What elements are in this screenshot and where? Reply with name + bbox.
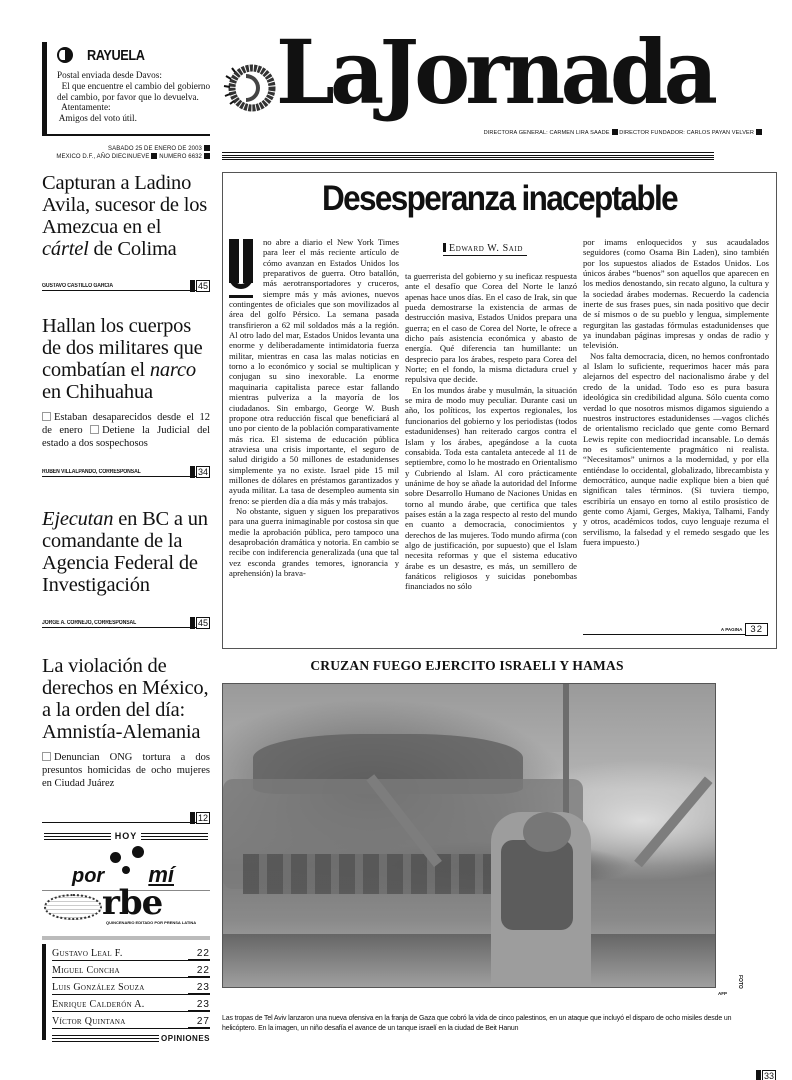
columnist-page: 22 — [188, 948, 210, 961]
masthead-rule — [222, 152, 714, 160]
byline-row: RUBEN VILLALPANDO, CORRESPONSAL 34 — [42, 465, 210, 477]
opinion-item[interactable]: Luis González Souza23 — [52, 978, 210, 995]
headline: Ejecutan en BC a un comandante de la Age… — [42, 508, 210, 596]
byline: GUSTAVO CASTILLO GARCIA — [42, 283, 113, 289]
opinion-item[interactable]: Enrique Calderón A.23 — [52, 995, 210, 1012]
story-amnistia[interactable]: La violación de derechos en México, a la… — [42, 655, 210, 790]
columnist-name: Miguel Concha — [52, 965, 120, 976]
columnist-page: 23 — [188, 999, 210, 1012]
columnist-page: 23 — [188, 982, 210, 995]
box-bullet-icon — [90, 425, 99, 434]
article-author: Edward W. Said — [443, 243, 527, 256]
hoy-por-mi-orbe-promo[interactable]: HOY por mí rbe QUINCENARIO EDITADO POR P… — [42, 828, 210, 928]
rayuela-line: Amigos del voto útil. — [57, 113, 210, 124]
columnist-name: Víctor Quintana — [52, 1016, 126, 1027]
sun-logo-icon — [222, 60, 278, 116]
article-column-1: no abre a diario el New York Times para … — [229, 237, 399, 578]
pole-shape — [563, 684, 569, 824]
director-general: DIRECTORA GENERAL: CARMEN LIRA SAADE — [484, 130, 610, 136]
page-reference[interactable]: 12 — [190, 812, 210, 824]
headline: La violación de derechos en México, a la… — [42, 655, 210, 743]
page-reference[interactable]: 34 — [190, 466, 210, 478]
boy-right-arm-shape — [634, 777, 712, 868]
page-tag-icon — [190, 617, 195, 629]
headline: Capturan a Ladino Avila, sucesor de los … — [42, 172, 210, 260]
page-tag-icon — [190, 812, 195, 824]
opinion-top-rule — [42, 936, 210, 940]
page-reference[interactable]: 45 — [190, 617, 210, 629]
rayuela-text: Postal enviada desde Davos: El que encue… — [57, 70, 210, 124]
page-tag-icon — [190, 466, 195, 478]
paragraph: por imams enloquecidos y sus acaudalados… — [583, 237, 769, 351]
place-year: MEXICO D.F., AÑO DIECINUEVE — [56, 154, 149, 160]
box-bullet-icon — [42, 412, 51, 421]
masthead: LaJornada DIRECTORA GENERAL: CARMEN LIRA… — [222, 42, 782, 162]
square-bullet-icon — [756, 129, 762, 135]
opinion-index: Gustavo Leal F.22 Miguel Concha22 Luis G… — [42, 944, 210, 1040]
article-column-2: ta guerrerista del gobierno y su inefica… — [405, 271, 577, 592]
founding-director: DIRECTOR FUNDADOR: CARLOS PAYAN VELVER — [619, 130, 754, 136]
credit-label: FOTO — [737, 975, 743, 989]
rayuela-line: del cambio, por favor que lo devuelva. — [57, 92, 210, 103]
story-ejecutan-bc[interactable]: Ejecutan en BC a un comandante de la Age… — [42, 508, 210, 596]
continue-label: A PAGINA — [721, 627, 743, 632]
byline-row: JORGE A. CORNEJO, CORRESPONSAL 45 — [42, 616, 210, 628]
byline: RUBEN VILLALPANDO, CORRESPONSAL — [42, 469, 141, 475]
boy-head-shape — [523, 812, 571, 852]
dropcap-u-icon — [229, 239, 257, 297]
page-tag-icon — [190, 280, 195, 292]
byline-row: 12 — [42, 811, 210, 823]
orbe-wordmark: rbe — [102, 886, 162, 920]
rayuela-box: RAYUELA Postal enviada desde Davos: El q… — [42, 42, 210, 136]
rayuela-line: El que encuentre el cambio del gobierno — [57, 81, 210, 92]
article-column-3: por imams enloquecidos y sus acaudalados… — [583, 237, 769, 547]
photo-headline[interactable]: CRUZAN FUEGO EJERCITO ISRAELI Y HAMAS — [222, 658, 712, 674]
credit-agency: AFP — [718, 991, 727, 996]
dot-icon — [132, 846, 144, 858]
rule-lines — [44, 833, 111, 840]
paragraph: Nos falta democracia, dicen, no hemos co… — [583, 351, 769, 548]
square-bullet-icon — [204, 145, 210, 151]
page-reference[interactable]: 45 — [190, 280, 210, 292]
boy-scarf-shape — [501, 840, 573, 930]
continue-page-number: 32 — [745, 623, 768, 636]
rayuela-line: Atentamente: — [57, 102, 210, 113]
opinion-item[interactable]: Gustavo Leal F.22 — [52, 944, 210, 961]
rayuela-logo-icon — [57, 47, 73, 63]
opinion-item[interactable]: Víctor Quintana27 — [52, 1012, 210, 1029]
ground-shape — [223, 934, 715, 988]
lead-article: Desesperanza inaceptable Edward W. Said … — [222, 172, 777, 649]
square-bullet-icon — [151, 153, 157, 159]
hoy-banner: HOY — [44, 830, 208, 842]
issue-date: SABADO 25 DE ENERO DE 2003 — [108, 146, 202, 152]
directors-line: DIRECTORA GENERAL: CARMEN LIRA SAADE DIR… — [484, 129, 762, 136]
story-militares-chihuahua[interactable]: Hallan los cuerpos de dos militares que … — [42, 315, 210, 450]
page-reference[interactable]: 33 — [756, 1027, 792, 1080]
rule-lines — [52, 1035, 159, 1042]
opinion-footer: OPINIONES — [52, 1032, 210, 1044]
square-bullet-icon — [612, 129, 618, 135]
columnist-name: Enrique Calderón A. — [52, 999, 145, 1010]
headline: Hallan los cuerpos de dos militares que … — [42, 315, 210, 403]
columnist-name: Luis González Souza — [52, 982, 145, 993]
box-bullet-icon — [42, 752, 51, 761]
opinion-label: OPINIONES — [159, 1034, 210, 1043]
columnist-page: 22 — [188, 965, 210, 978]
rayuela-line: Postal enviada desde Davos: — [57, 70, 210, 81]
photo-credit: FOTO AFP — [718, 975, 748, 1015]
photo-caption: Las tropas de Tel Aviv lanzaron una nuev… — [222, 1013, 752, 1033]
byline: JORGE A. CORNEJO, CORRESPONSAL — [42, 620, 136, 626]
subheadline: Denuncian ONG tortura a dos presuntos ho… — [42, 751, 210, 790]
subheadline: Estaban desaparecidos desde el 12 de ene… — [42, 411, 210, 450]
news-photo[interactable] — [222, 683, 716, 988]
paragraph: ta guerrerista del gobierno y su inefica… — [405, 271, 577, 385]
continued-on-page[interactable]: A PAGINA 32 — [721, 623, 768, 636]
page-tag-icon — [756, 1070, 761, 1080]
issue-number: NUMERO 6632 — [159, 154, 202, 160]
por-mi-wordmark: por mí — [72, 846, 182, 888]
hoy-label: HOY — [111, 831, 142, 841]
opinion-item[interactable]: Miguel Concha22 — [52, 961, 210, 978]
story-ladino-avila[interactable]: Capturan a Ladino Avila, sucesor de los … — [42, 172, 210, 260]
orbe-tagline: QUINCENARIO EDITADO POR PRENSA LATINA — [106, 920, 196, 925]
globe-icon — [44, 894, 102, 920]
dot-icon — [122, 866, 130, 874]
paragraph: No obstante, siguen y siguen los prepara… — [229, 506, 399, 578]
rayuela-title: RAYUELA — [87, 47, 144, 64]
dateline: SABADO 25 DE ENERO DE 2003 MEXICO D.F., … — [42, 145, 210, 161]
dot-icon — [110, 852, 121, 863]
columnist-page: 27 — [188, 1016, 210, 1029]
paragraph: En los mundos árabe y musulmán, la situa… — [405, 385, 577, 592]
columnist-name: Gustavo Leal F. — [52, 948, 123, 959]
article-title[interactable]: Desesperanza inaceptable — [251, 179, 749, 219]
por-text: por — [72, 865, 104, 888]
newspaper-title: LaJornada — [276, 28, 713, 116]
byline-row: GUSTAVO CASTILLO GARCIA 45 — [42, 279, 210, 291]
square-bullet-icon — [204, 153, 210, 159]
rule-lines — [141, 833, 208, 840]
